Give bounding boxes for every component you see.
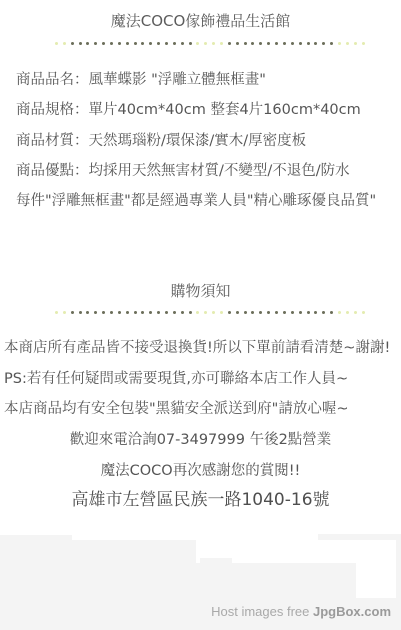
- dot: [346, 311, 349, 314]
- dot: [141, 311, 144, 314]
- dot: [204, 42, 207, 45]
- dot: [134, 42, 137, 45]
- product-craft-line: 每件"浮雕無框畫"都是經過專業人員"精心雕琢優良品質": [16, 189, 376, 210]
- dot: [251, 42, 254, 45]
- dot: [283, 311, 286, 314]
- dot: [291, 311, 294, 314]
- dot: [94, 311, 97, 314]
- dot: [259, 42, 262, 45]
- dot: [55, 311, 58, 314]
- dot: [314, 42, 317, 45]
- dot: [86, 42, 89, 45]
- dot: [338, 311, 341, 314]
- notice-title: 購物須知: [0, 280, 401, 301]
- dot: [259, 311, 262, 314]
- dot: [196, 311, 199, 314]
- dot: [244, 42, 247, 45]
- watermark-text: Host images free JpgBox.com: [211, 604, 391, 619]
- dot: [165, 311, 168, 314]
- dot: [322, 311, 325, 314]
- dot: [134, 311, 137, 314]
- dot: [63, 42, 66, 45]
- dot: [354, 311, 357, 314]
- dot: [196, 42, 199, 45]
- watermark-brand: JpgBox.com: [313, 604, 391, 619]
- dot: [86, 311, 89, 314]
- dot: [94, 42, 97, 45]
- dot: [71, 42, 74, 45]
- dot: [220, 42, 223, 45]
- dot: [181, 42, 184, 45]
- dot: [346, 42, 349, 45]
- dot: [362, 311, 365, 314]
- dot: [330, 42, 333, 45]
- dot: [189, 311, 192, 314]
- dot: [212, 42, 215, 45]
- notice-packaging: 本店商品均有安全包裝"黑貓安全派送到府"請放心喔~: [4, 397, 349, 418]
- dot: [173, 42, 176, 45]
- dot: [322, 42, 325, 45]
- dot: [126, 42, 129, 45]
- notice-contact-staff: PS:若有任何疑問或需要現貨,亦可聯絡本店工作人員~: [4, 367, 348, 388]
- dot: [275, 42, 278, 45]
- product-feature-line: 商品優點：均採用天然無害材質/不變型/不退色/防水: [16, 159, 350, 180]
- dot: [220, 311, 223, 314]
- dot: [291, 42, 294, 45]
- dot: [314, 311, 317, 314]
- dot: [338, 42, 341, 45]
- dot: [299, 311, 302, 314]
- dot: [102, 42, 105, 45]
- dot: [55, 42, 58, 45]
- dot: [362, 42, 365, 45]
- dot: [79, 311, 82, 314]
- notice-address: 高雄市左營區民族一路1040-16號: [0, 485, 401, 510]
- dot: [204, 311, 207, 314]
- dot: [110, 311, 113, 314]
- dot: [330, 311, 333, 314]
- dot: [307, 311, 310, 314]
- dot: [181, 311, 184, 314]
- dot: [79, 42, 82, 45]
- watermark-prefix: Host images free: [211, 604, 313, 619]
- dot: [228, 42, 231, 45]
- dot: [299, 42, 302, 45]
- dot: [244, 311, 247, 314]
- dot: [267, 42, 270, 45]
- dot: [126, 311, 129, 314]
- dot: [283, 42, 286, 45]
- product-name-line: 商品品名：風華蝶影 "浮雕立體無框畫": [16, 68, 266, 89]
- dot: [275, 311, 278, 314]
- shop-title: 魔法COCO傢飾禮品生活館: [0, 10, 401, 31]
- dot: [228, 311, 231, 314]
- dot: [251, 311, 254, 314]
- dotted-divider-notice: [55, 310, 365, 314]
- dot: [149, 311, 152, 314]
- dot: [165, 42, 168, 45]
- dot: [267, 311, 270, 314]
- dot: [110, 42, 113, 45]
- notice-thanks: 魔法COCO再次感謝您的賞閱!!: [0, 459, 401, 480]
- dot: [189, 42, 192, 45]
- dot: [173, 311, 176, 314]
- dotted-divider-top: [55, 41, 365, 45]
- dot: [354, 42, 357, 45]
- dot: [118, 311, 121, 314]
- dot: [63, 311, 66, 314]
- dot: [236, 42, 239, 45]
- dot: [212, 311, 215, 314]
- notice-no-return: 本商店所有產品皆不接受退換貨!所以下單前請看清楚~謝謝!: [4, 336, 390, 357]
- dot: [141, 42, 144, 45]
- product-material-line: 商品材質：天然瑪瑙粉/環保漆/實木/厚密度板: [16, 129, 306, 150]
- dot: [71, 311, 74, 314]
- dot: [307, 42, 310, 45]
- dot: [236, 311, 239, 314]
- dot: [157, 311, 160, 314]
- product-spec-line: 商品規格：單片40cm*40cm 整套4片160cm*40cm: [16, 98, 361, 119]
- dot: [102, 311, 105, 314]
- notice-phone: 歡迎來電洽詢07-3497999 午後2點營業: [0, 428, 401, 449]
- dot: [157, 42, 160, 45]
- dot: [149, 42, 152, 45]
- dot: [118, 42, 121, 45]
